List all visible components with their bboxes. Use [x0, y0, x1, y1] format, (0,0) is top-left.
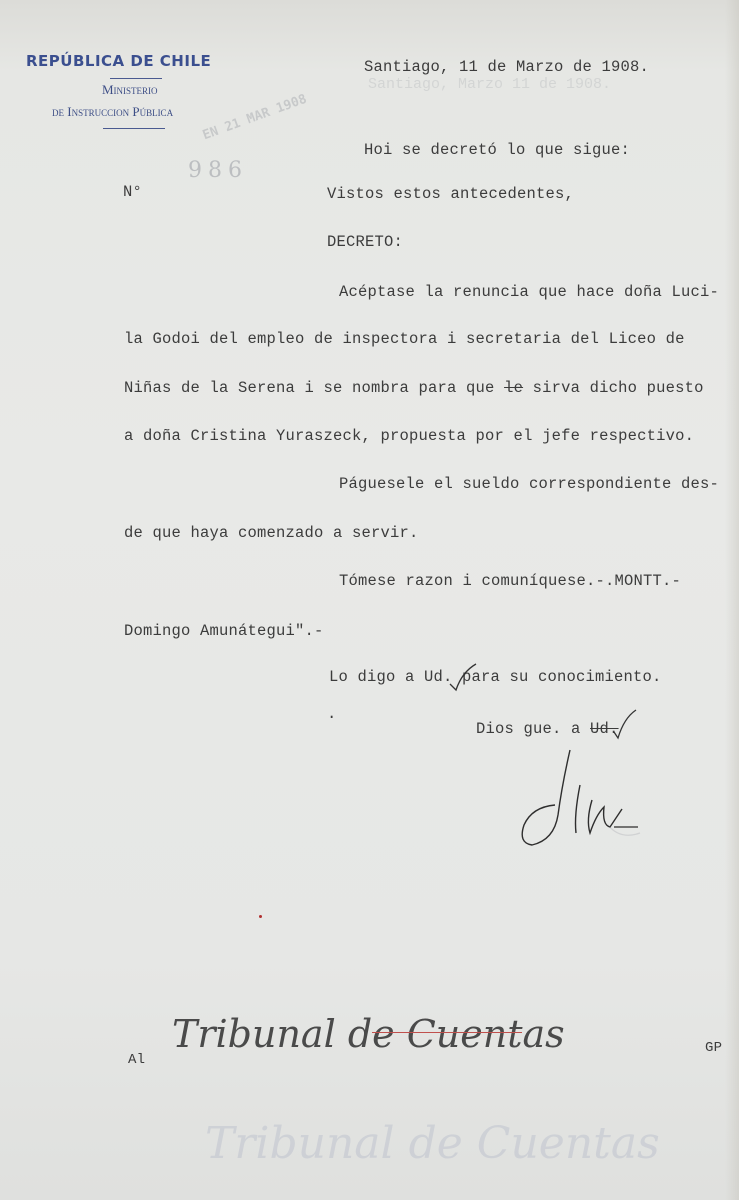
- red-mark: [259, 915, 262, 918]
- closing-order: Tómese razon i comuníquese.-.MONTT.-: [339, 572, 681, 590]
- signature: Silva: [510, 745, 650, 855]
- letterhead-divider: [110, 78, 162, 79]
- addressee-prefix: Al: [128, 1052, 145, 1068]
- addressee-handwritten: Tribunal de Cuentas: [172, 1012, 565, 1056]
- handwritten-check-mark: [612, 708, 638, 738]
- letterhead-title: REPÚBLICA DE CHILE: [26, 52, 211, 70]
- received-stamp-text: EN 21 MAR 1908: [201, 92, 309, 144]
- ministry-line-1: Ministerio: [102, 82, 158, 98]
- notice-line: Lo digo a Ud. para su conocimiento.: [329, 668, 662, 686]
- signature-scribble-icon: [510, 745, 650, 855]
- paragraph-1-line-1: Acéptase la renuncia que hace doña Luci-: [339, 283, 719, 301]
- letterhead-divider: [103, 128, 165, 129]
- struck-word: le: [504, 379, 523, 397]
- paragraph-1-line-3: Niñas de la Serena i se nombra para que …: [124, 379, 704, 397]
- paragraph-2-line-2: de que haya comenzado a servir.: [124, 524, 419, 542]
- number-label: N°: [123, 183, 142, 201]
- registry-number-stamp: 986: [188, 158, 248, 183]
- stray-dot: .: [327, 705, 337, 723]
- bleed-through-handwriting: Tribunal de Cuentas: [205, 1118, 660, 1169]
- intro-line: Hoi se decretó lo que sigue:: [364, 141, 630, 159]
- received-stamp: EN 21 MAR 1908: [201, 92, 309, 144]
- document-page: REPÚBLICA DE CHILE Ministerio de Instruc…: [0, 0, 739, 1200]
- vistos-line: Vistos estos antecedentes,: [327, 185, 574, 203]
- ministry-line-2: de Instruccion Pública: [52, 104, 173, 120]
- decreto-heading: DECRETO:: [327, 233, 403, 251]
- date-line: Santiago, 11 de Marzo de 1908.: [364, 58, 649, 76]
- paragraph-1-line-2: la Godoi del empleo de inspectora i secr…: [124, 330, 685, 348]
- paragraph-2-line-1: Páguesele el sueldo correspondiente des-: [339, 475, 719, 493]
- bleed-through-text: Santiago, Marzo 11 de 1908.: [368, 76, 611, 93]
- paragraph-1-line-4: a doña Cristina Yuraszeck, propuesta por…: [124, 427, 694, 445]
- red-pencil-underline: [372, 1032, 522, 1033]
- farewell-line: Dios gue. a Ud.: [476, 720, 619, 738]
- initials: GP: [705, 1040, 722, 1056]
- minister-name: Domingo Amunátegui".-: [124, 622, 324, 640]
- handwritten-check-mark: [448, 662, 478, 692]
